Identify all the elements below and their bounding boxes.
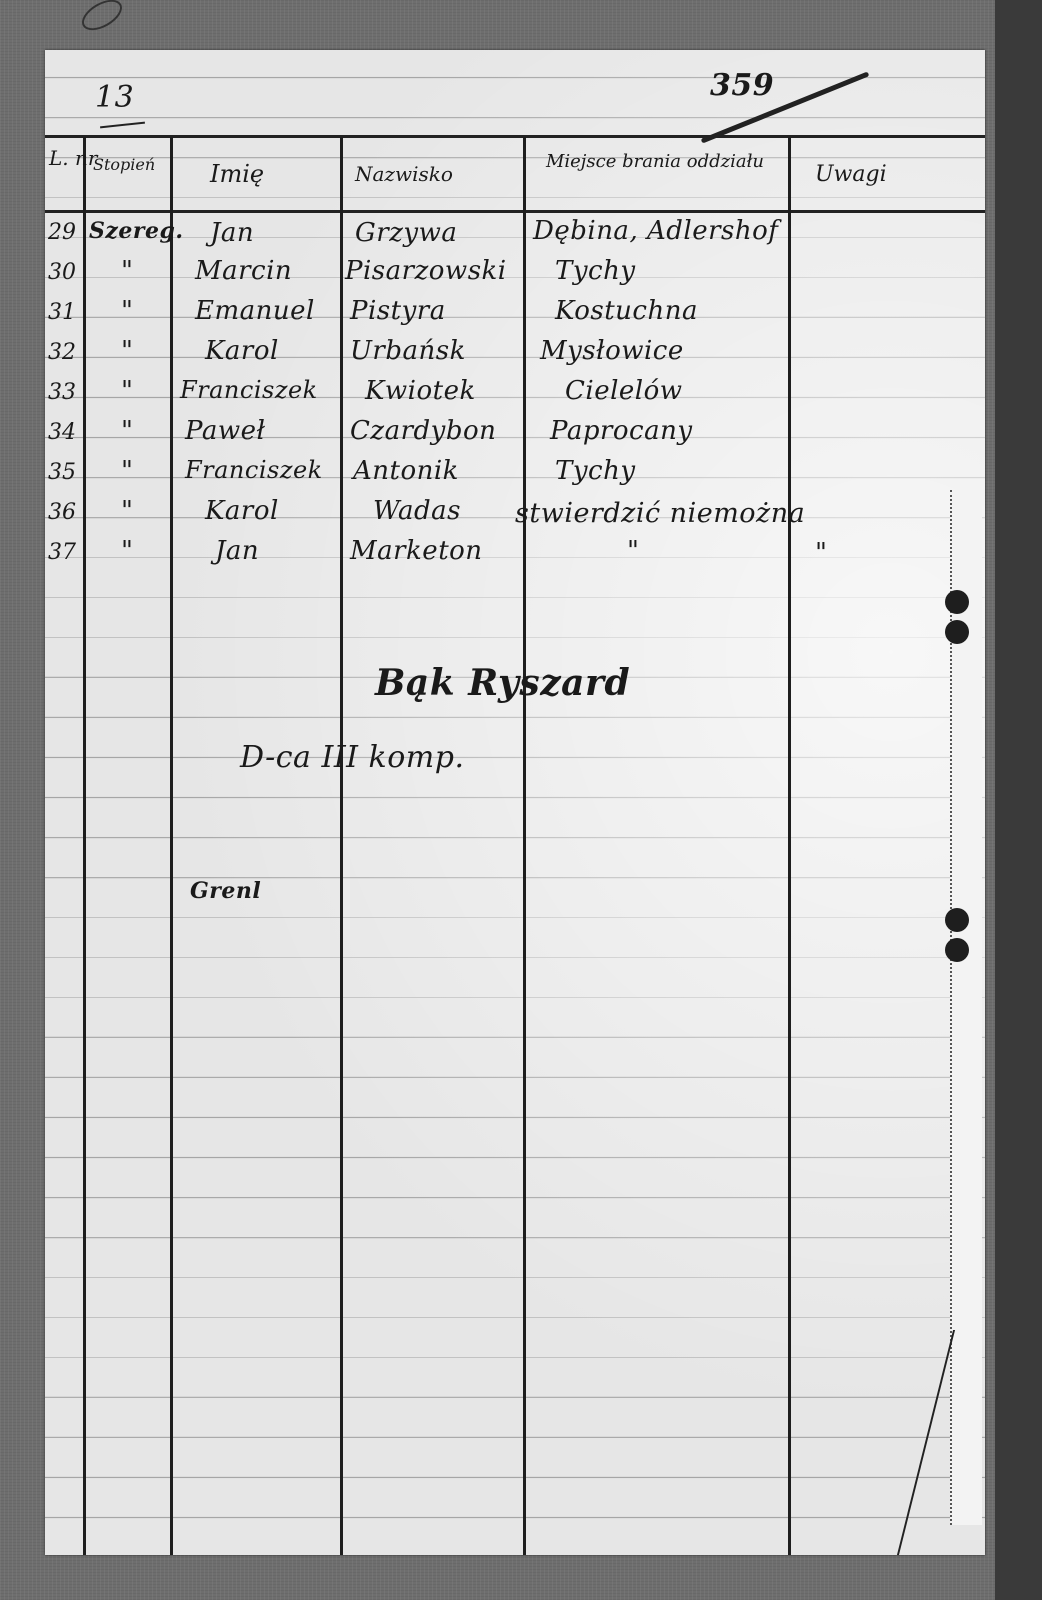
- row-first-name: Franciszek: [185, 456, 323, 484]
- column-header-imie: Imię: [210, 160, 264, 188]
- row-number: 31: [48, 300, 76, 325]
- column-header-nazwisko: Nazwisko: [355, 162, 453, 186]
- table-top-rule: [45, 135, 985, 138]
- column-divider: [523, 137, 526, 1555]
- row-rank: ": [121, 416, 133, 446]
- row-number: 36: [48, 500, 76, 525]
- row-surname: Marketon: [350, 536, 483, 566]
- row-first-name: Franciszek: [180, 376, 318, 404]
- row-surname: Grzywa: [355, 218, 457, 248]
- punch-hole: [945, 620, 969, 644]
- punch-hole: [945, 938, 969, 962]
- row-rank: Szereg.: [89, 218, 184, 244]
- column-divider: [340, 137, 343, 1555]
- column-header-nr: L. nr: [49, 146, 97, 170]
- row-number: 34: [48, 420, 76, 445]
- row-place: Mysłowice: [540, 336, 684, 366]
- row-rank: ": [121, 336, 133, 366]
- row-rank: ": [121, 496, 133, 526]
- column-divider: [83, 137, 86, 1555]
- column-divider: [170, 137, 173, 1555]
- row-surname: Czardybon: [350, 416, 496, 446]
- margin-mark: [100, 122, 145, 129]
- row-surname: Pistyra: [350, 296, 446, 326]
- row-number: 32: [48, 340, 76, 365]
- row-surname: Wadas: [373, 496, 461, 526]
- folio-number: 359: [710, 68, 774, 103]
- row-surname: Pisarzowski: [345, 256, 507, 286]
- row-rank: ": [121, 456, 133, 486]
- punch-hole: [945, 908, 969, 932]
- column-header-miejsce: Miejsce brania oddziału: [530, 150, 780, 174]
- column-header-uwagi: Uwagi: [815, 162, 887, 187]
- paper-scrap-mark: [77, 0, 127, 36]
- row-place: Paprocany: [550, 416, 693, 446]
- row-number: 30: [48, 260, 76, 285]
- row-number: 33: [48, 380, 76, 405]
- page-number: 13: [95, 80, 134, 115]
- row-remarks: ": [815, 538, 827, 568]
- row-place: ": [627, 536, 639, 566]
- row-place: Kostuchna: [555, 296, 698, 326]
- signature-title: D-ca III komp.: [240, 740, 465, 775]
- row-place: Tychy: [555, 256, 636, 286]
- row-first-name: Marcin: [195, 256, 292, 286]
- row-place: Tychy: [555, 456, 636, 486]
- row-first-name: Paweł: [185, 416, 265, 446]
- row-first-name: Jan: [210, 218, 254, 248]
- row-first-name: Karol: [205, 496, 279, 526]
- row-place: Dębina, Adlershof: [533, 216, 778, 246]
- signature-name: Bąk Ryszard: [375, 662, 630, 704]
- ledger-page: 13 359 L. nr Stopień Imię Nazwisko Miejs…: [45, 50, 985, 1555]
- row-surname: Kwiotek: [365, 376, 476, 406]
- row-surname: Urbańsk: [350, 336, 466, 366]
- row-number: 29: [48, 220, 76, 245]
- row-first-name: Karol: [205, 336, 279, 366]
- row-first-name: Emanuel: [195, 296, 315, 326]
- initials-mark: Grenl: [190, 878, 261, 904]
- column-divider: [788, 137, 791, 1555]
- row-place: Cielelów: [565, 376, 683, 406]
- row-rank: ": [121, 256, 133, 286]
- column-header-stopien: Stopień: [93, 155, 155, 174]
- header-bottom-rule: [45, 210, 985, 213]
- punch-hole: [945, 590, 969, 614]
- row-rank: ": [121, 536, 133, 566]
- row-place: stwierdzić niemożna: [515, 498, 805, 529]
- row-surname: Antonik: [353, 456, 459, 486]
- row-number: 35: [48, 460, 76, 485]
- row-first-name: Jan: [215, 536, 259, 566]
- row-number: 37: [48, 540, 76, 565]
- row-rank: ": [121, 376, 133, 406]
- row-rank: ": [121, 296, 133, 326]
